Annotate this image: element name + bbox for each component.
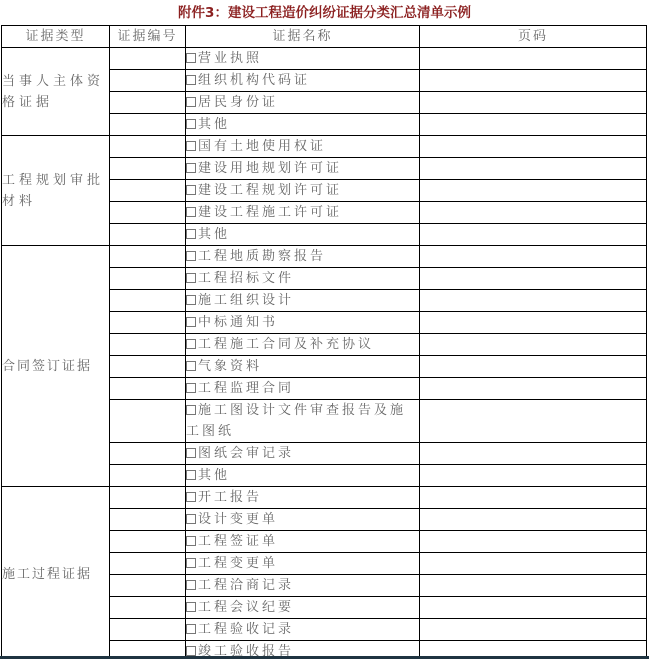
evidence-name-label: 工程施工合同及补充协议 [198, 337, 374, 352]
page-number-cell[interactable] [420, 334, 647, 356]
evidence-number-cell[interactable] [110, 378, 186, 400]
evidence-number-cell[interactable] [110, 224, 186, 246]
empty-checkbox-icon[interactable] [186, 361, 196, 371]
empty-checkbox-icon[interactable] [186, 273, 196, 283]
evidence-number-cell[interactable] [110, 400, 186, 443]
evidence-number-cell[interactable] [110, 619, 186, 641]
evidence-name-cell: 工程变更单 [186, 553, 420, 575]
table-row: 施工过程证据开工报告 [2, 487, 647, 509]
evidence-name-label: 其他 [198, 227, 230, 242]
empty-checkbox-icon[interactable] [186, 580, 196, 590]
empty-checkbox-icon[interactable] [186, 383, 196, 393]
evidence-number-cell[interactable] [110, 202, 186, 224]
evidence-number-cell[interactable] [110, 356, 186, 378]
evidence-name-label: 中标通知书 [198, 315, 278, 330]
evidence-name-cell: 国有土地使用权证 [186, 136, 420, 158]
evidence-name-cell: 气象资料 [186, 356, 420, 378]
table-body: 当事人主体资格证据营业执照组织机构代码证居民身份证其他工程规划审批材料国有土地使… [2, 48, 647, 659]
evidence-name-cell: 工程会议纪要 [186, 597, 420, 619]
evidence-name-label: 设计变更单 [198, 512, 278, 527]
evidence-name-cell: 开工报告 [186, 487, 420, 509]
evidence-name-label: 居民身份证 [198, 95, 278, 110]
evidence-type-cell: 施工过程证据 [2, 487, 110, 659]
evidence-name-label: 营业执照 [198, 51, 262, 66]
evidence-name-cell: 施工组织设计 [186, 290, 420, 312]
evidence-name-label: 气象资料 [198, 359, 262, 374]
evidence-name-label: 其他 [198, 117, 230, 132]
page-number-cell[interactable] [420, 443, 647, 465]
evidence-name-label: 施工组织设计 [198, 293, 294, 308]
page-number-cell[interactable] [420, 158, 647, 180]
empty-checkbox-icon[interactable] [186, 558, 196, 568]
evidence-name-label: 工程地质勘察报告 [198, 249, 326, 264]
evidence-name-cell: 工程地质勘察报告 [186, 246, 420, 268]
evidence-name-label: 工程监理合同 [198, 381, 294, 396]
page-number-cell[interactable] [420, 180, 647, 202]
page-number-cell[interactable] [420, 202, 647, 224]
evidence-name-label: 工程洽商记录 [198, 578, 294, 593]
evidence-name-label: 施工图设计文件审查报告及施工图纸 [186, 403, 406, 439]
page-number-cell[interactable] [420, 114, 647, 136]
page-number-cell[interactable] [420, 70, 647, 92]
empty-checkbox-icon[interactable] [186, 514, 196, 524]
page-number-cell[interactable] [420, 597, 647, 619]
empty-checkbox-icon[interactable] [186, 405, 196, 415]
evidence-number-cell[interactable] [110, 92, 186, 114]
page-number-cell[interactable] [420, 92, 647, 114]
evidence-name-cell: 建设工程规划许可证 [186, 180, 420, 202]
evidence-type-cell: 合同签订证据 [2, 246, 110, 487]
evidence-name-cell: 其他 [186, 114, 420, 136]
empty-checkbox-icon[interactable] [186, 646, 196, 656]
evidence-number-cell[interactable] [110, 70, 186, 92]
document-title: 附件3：建设工程造价纠纷证据分类汇总清单示例 [0, 4, 649, 22]
evidence-number-cell[interactable] [110, 158, 186, 180]
evidence-name-cell: 工程施工合同及补充协议 [186, 334, 420, 356]
page-number-cell[interactable] [420, 575, 647, 597]
evidence-number-cell[interactable] [110, 136, 186, 158]
header-page-number: 页码 [420, 26, 647, 48]
page-number-cell[interactable] [420, 553, 647, 575]
page-number-cell[interactable] [420, 290, 647, 312]
evidence-name-label: 工程签证单 [198, 534, 278, 549]
page-number-cell[interactable] [420, 356, 647, 378]
evidence-number-cell[interactable] [110, 268, 186, 290]
header-evidence-number: 证据编号 [110, 26, 186, 48]
evidence-type-cell: 工程规划审批材料 [2, 136, 110, 246]
evidence-name-label: 组织机构代码证 [198, 73, 310, 88]
evidence-number-cell[interactable] [110, 487, 186, 509]
page-number-cell[interactable] [420, 400, 647, 443]
empty-checkbox-icon[interactable] [186, 602, 196, 612]
empty-checkbox-icon[interactable] [186, 251, 196, 261]
evidence-name-cell: 中标通知书 [186, 312, 420, 334]
empty-checkbox-icon[interactable] [186, 119, 196, 129]
table-row: 合同签订证据工程地质勘察报告 [2, 246, 647, 268]
evidence-number-cell[interactable] [110, 246, 186, 268]
page-number-cell[interactable] [420, 465, 647, 487]
evidence-number-cell[interactable] [110, 48, 186, 70]
evidence-name-label: 工程变更单 [198, 556, 278, 571]
empty-checkbox-icon[interactable] [186, 163, 196, 173]
evidence-name-cell: 工程验收记录 [186, 619, 420, 641]
header-row: 证据类型 证据编号 证据名称 页码 [2, 26, 647, 48]
table-row: 当事人主体资格证据营业执照 [2, 48, 647, 70]
evidence-number-cell[interactable] [110, 509, 186, 531]
evidence-number-cell[interactable] [110, 597, 186, 619]
evidence-name-cell: 工程招标文件 [186, 268, 420, 290]
evidence-name-label: 图纸会审记录 [198, 446, 294, 461]
evidence-name-label: 工程会议纪要 [198, 600, 294, 615]
evidence-name-cell: 工程签证单 [186, 531, 420, 553]
table-row: 工程规划审批材料国有土地使用权证 [2, 136, 647, 158]
evidence-number-cell[interactable] [110, 443, 186, 465]
evidence-name-cell: 其他 [186, 465, 420, 487]
page-number-cell[interactable] [420, 48, 647, 70]
page-number-cell[interactable] [420, 246, 647, 268]
page-number-cell[interactable] [420, 619, 647, 641]
empty-checkbox-icon[interactable] [186, 75, 196, 85]
evidence-name-cell: 图纸会审记录 [186, 443, 420, 465]
page-number-cell[interactable] [420, 268, 647, 290]
evidence-name-label: 开工报告 [198, 490, 262, 505]
empty-checkbox-icon[interactable] [186, 53, 196, 63]
evidence-name-cell: 建设工程施工许可证 [186, 202, 420, 224]
empty-checkbox-icon[interactable] [186, 141, 196, 151]
empty-checkbox-icon[interactable] [186, 624, 196, 634]
evidence-name-label: 其他 [198, 468, 230, 483]
evidence-number-cell[interactable] [110, 334, 186, 356]
page-number-cell[interactable] [420, 378, 647, 400]
empty-checkbox-icon[interactable] [186, 339, 196, 349]
empty-checkbox-icon[interactable] [186, 470, 196, 480]
page-number-cell[interactable] [420, 312, 647, 334]
page-number-cell[interactable] [420, 509, 647, 531]
empty-checkbox-icon[interactable] [186, 492, 196, 502]
empty-checkbox-icon[interactable] [186, 536, 196, 546]
empty-checkbox-icon[interactable] [186, 229, 196, 239]
empty-checkbox-icon[interactable] [186, 295, 196, 305]
evidence-number-cell[interactable] [110, 531, 186, 553]
evidence-name-cell: 建设用地规划许可证 [186, 158, 420, 180]
evidence-name-cell: 其他 [186, 224, 420, 246]
evidence-number-cell[interactable] [110, 575, 186, 597]
page-number-cell[interactable] [420, 531, 647, 553]
page-number-cell[interactable] [420, 487, 647, 509]
evidence-name-label: 工程验收记录 [198, 622, 294, 637]
evidence-name-label: 建设用地规划许可证 [198, 161, 342, 176]
evidence-table: 证据类型 证据编号 证据名称 页码 当事人主体资格证据营业执照组织机构代码证居民… [1, 25, 647, 659]
empty-checkbox-icon[interactable] [186, 185, 196, 195]
evidence-name-cell: 组织机构代码证 [186, 70, 420, 92]
page-number-cell[interactable] [420, 224, 647, 246]
evidence-name-cell: 居民身份证 [186, 92, 420, 114]
evidence-number-cell[interactable] [110, 553, 186, 575]
evidence-name-label: 国有土地使用权证 [198, 139, 326, 154]
evidence-name-label: 建设工程规划许可证 [198, 183, 342, 198]
empty-checkbox-icon[interactable] [186, 97, 196, 107]
evidence-type-cell: 当事人主体资格证据 [2, 48, 110, 136]
empty-checkbox-icon[interactable] [186, 448, 196, 458]
evidence-name-cell: 工程监理合同 [186, 378, 420, 400]
header-evidence-name: 证据名称 [186, 26, 420, 48]
evidence-number-cell[interactable] [110, 312, 186, 334]
empty-checkbox-icon[interactable] [186, 207, 196, 217]
evidence-number-cell[interactable] [110, 465, 186, 487]
header-evidence-type: 证据类型 [2, 26, 110, 48]
evidence-name-label: 建设工程施工许可证 [198, 205, 342, 220]
evidence-name-cell: 工程洽商记录 [186, 575, 420, 597]
evidence-name-cell: 营业执照 [186, 48, 420, 70]
evidence-number-cell[interactable] [110, 114, 186, 136]
page-number-cell[interactable] [420, 136, 647, 158]
empty-checkbox-icon[interactable] [186, 317, 196, 327]
evidence-number-cell[interactable] [110, 290, 186, 312]
evidence-number-cell[interactable] [110, 180, 186, 202]
evidence-name-cell: 设计变更单 [186, 509, 420, 531]
evidence-name-label: 工程招标文件 [198, 271, 294, 286]
evidence-name-cell: 施工图设计文件审查报告及施工图纸 [186, 400, 420, 443]
